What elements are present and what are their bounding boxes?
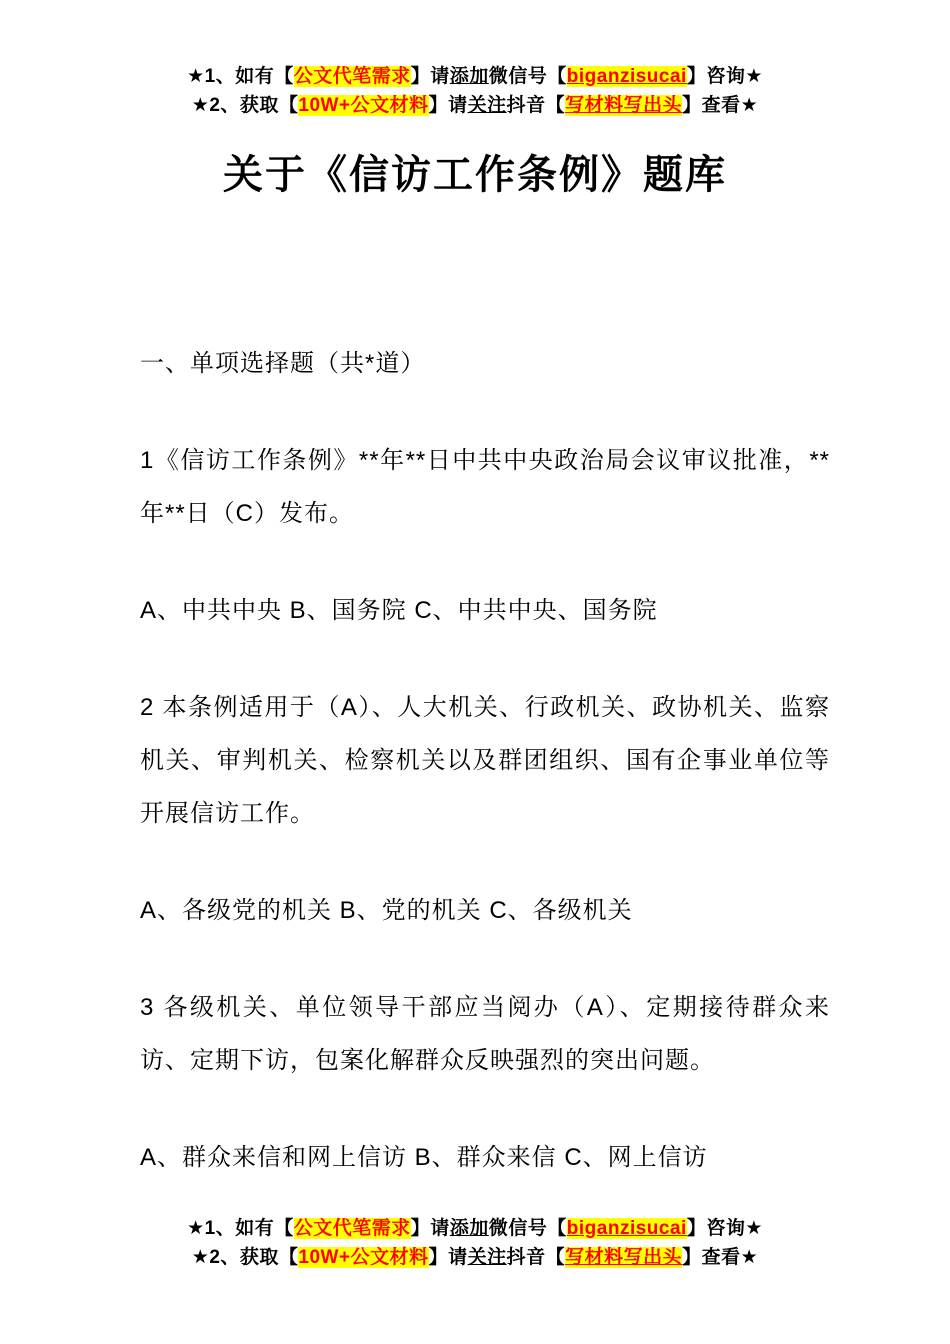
promo-notice-line-1: ★1、如有【公文代笔需求】请添加微信号【biganzisucai】咨询★ <box>0 1214 950 1243</box>
notice-mid: 】请 <box>411 1218 450 1239</box>
notice-mid: 】请 <box>411 66 450 87</box>
document-body: 一、单项选择题（共*道） 1《信访工作条例》**年**日中共中央政治局会议审议批… <box>140 337 830 1184</box>
promo-notice-line-2: ★2、获取【10W+公文材料】请关注抖音【写材料写出头】查看★ <box>0 1243 950 1272</box>
section-heading: 一、单项选择题（共*道） <box>140 337 830 390</box>
notice-mid: 微信号【 <box>489 66 567 87</box>
question-2-text: 2 本条例适用于（A）、人大机关、行政机关、政协机关、监察机关、审判机关、检察机… <box>140 681 830 840</box>
notice-mid: 微信号【 <box>489 1218 567 1239</box>
douyin-id-highlight: 写材料写出头 <box>565 1247 682 1268</box>
question-1-options: A、中共中央 B、国务院 C、中共中央、国务院 <box>140 584 830 637</box>
question-3-text: 3 各级机关、单位领导干部应当阅办（A）、定期接待群众来访、定期下访，包案化解群… <box>140 981 830 1087</box>
notice-prefix: ★1、如有【 <box>187 66 294 87</box>
notice-prefix: ★2、获取【 <box>192 95 299 116</box>
notice-prefix: ★1、如有【 <box>187 1218 294 1239</box>
notice-mid: 抖音【 <box>507 95 566 116</box>
service-highlight: 公文代笔需求 <box>294 66 411 87</box>
question-3-options: A、群众来信和网上信访 B、群众来信 C、网上信访 <box>140 1131 830 1184</box>
question-2-options: A、各级党的机关 B、党的机关 C、各级机关 <box>140 884 830 937</box>
notice-mid: 】请 <box>429 1247 468 1268</box>
notice-mid: 抖音【 <box>507 1247 566 1268</box>
douyin-id-highlight: 写材料写出头 <box>565 95 682 116</box>
follow-action-underlined: 关注 <box>468 95 507 116</box>
notice-suffix: 】咨询★ <box>687 1218 763 1239</box>
materials-highlight: 10W+公文材料 <box>298 95 428 116</box>
add-action-underlined: 添加 <box>450 1218 489 1239</box>
notice-suffix: 】查看★ <box>682 1247 758 1268</box>
notice-prefix: ★2、获取【 <box>192 1247 299 1268</box>
document-page: ★1、如有【公文代笔需求】请添加微信号【biganzisucai】咨询★ ★2、… <box>0 0 950 1344</box>
promo-notice-line-1: ★1、如有【公文代笔需求】请添加微信号【biganzisucai】咨询★ <box>0 62 950 91</box>
notice-suffix: 】查看★ <box>682 95 758 116</box>
add-action-underlined: 添加 <box>450 66 489 87</box>
notice-suffix: 】咨询★ <box>687 66 763 87</box>
promo-notice-bottom: ★1、如有【公文代笔需求】请添加微信号【biganzisucai】咨询★ ★2、… <box>0 1214 950 1272</box>
notice-mid: 】请 <box>429 95 468 116</box>
materials-highlight: 10W+公文材料 <box>298 1247 428 1268</box>
page-title: 关于《信访工作条例》题库 <box>0 143 950 200</box>
follow-action-underlined: 关注 <box>468 1247 507 1268</box>
promo-notice-top: ★1、如有【公文代笔需求】请添加微信号【biganzisucai】咨询★ ★2、… <box>0 62 950 120</box>
promo-notice-line-2: ★2、获取【10W+公文材料】请关注抖音【写材料写出头】查看★ <box>0 91 950 120</box>
wechat-id-highlight: biganzisucai <box>567 66 687 87</box>
wechat-id-highlight: biganzisucai <box>567 1218 687 1239</box>
question-1-text: 1《信访工作条例》**年**日中共中央政治局会议审议批准，**年**日（C）发布… <box>140 434 830 540</box>
service-highlight: 公文代笔需求 <box>294 1218 411 1239</box>
